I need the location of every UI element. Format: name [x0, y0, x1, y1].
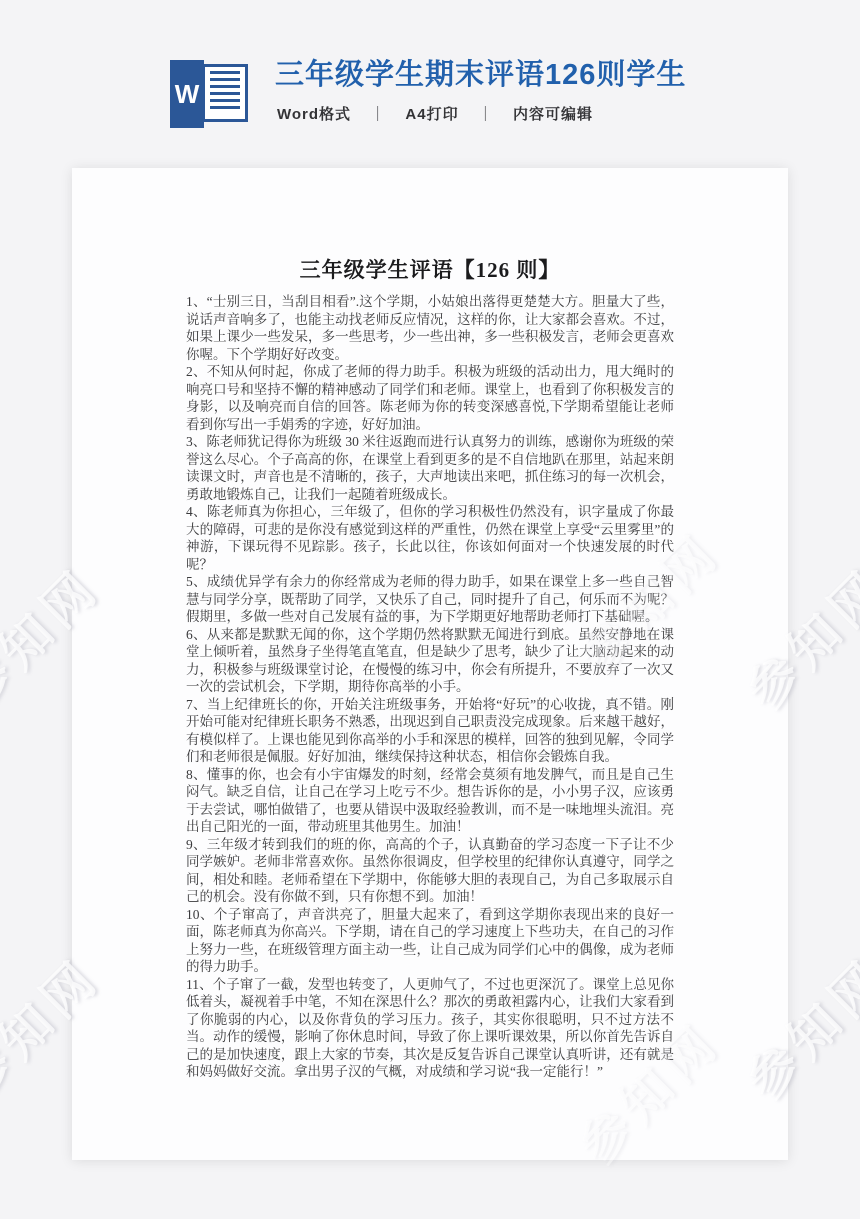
paragraph: 3、陈老师犹记得你为班级 30 米往返跑而进行认真努力的训练，感谢你为班级的荣誉…: [186, 433, 674, 503]
paragraph: 4、陈老师真为你担心，三年级了，但你的学习积极性仍然没有，识字量成了你最大的障碍…: [186, 503, 674, 573]
document-title-heading: 三年级学生期末评语126则学生: [275, 52, 686, 93]
edit-label: 内容可编辑: [513, 106, 593, 123]
word-icon-line: [210, 78, 240, 81]
preview-header: W 三年级学生期末评语126则学生 Word格式 ｜ A4打印 ｜ 内容可编辑: [0, 0, 860, 150]
document-meta: Word格式 ｜ A4打印 ｜ 内容可编辑: [277, 103, 593, 124]
meta-separator: ｜: [370, 106, 386, 123]
paragraph: 7、当上纪律班长的你，开始关注班级事务，开始将“好玩”的心收拢，真不错。刚开始可…: [186, 696, 674, 766]
paragraph: 8、懂事的你，也会有小宇宙爆发的时刻，经常会莫须有地发脾气，而且是自己生闷气。缺…: [186, 766, 674, 836]
paragraph: 5、成绩优异学有余力的你经常成为老师的得力助手，如果在课堂上多一些自己智慧与同学…: [186, 573, 674, 626]
format-label: Word格式: [277, 106, 351, 123]
paragraph: 9、三年级才转到我们的班的你，高高的个子，认真勤奋的学习态度一下子让不少同学嫉妒…: [186, 836, 674, 906]
word-icon-letter: W: [170, 60, 204, 128]
paragraph: 10、个子窜高了，声音洪亮了，胆量大起来了，看到这学期你表现出来的良好一面，陈老…: [186, 906, 674, 976]
print-label: A4打印: [405, 106, 458, 123]
word-icon-line: [210, 99, 240, 102]
document-page: 三年级学生评语【126 则】 1、“士别三日，当刮目相看”.这个学期，小姑娘出落…: [72, 168, 788, 1160]
word-icon-line: [210, 85, 240, 88]
paragraph: 2、不知从何时起，你成了老师的得力助手。积极为班级的活动出力，甩大绳时的响亮口号…: [186, 363, 674, 433]
paragraph: 11、个子窜了一截，发型也转变了，人更帅气了，不过也更深沉了。课堂上总见你低着头…: [186, 976, 674, 1081]
paragraph: 1、“士别三日，当刮目相看”.这个学期，小姑娘出落得更楚楚大方。胆量大了些，说话…: [186, 293, 674, 363]
word-icon-line: [210, 71, 240, 74]
word-icon-line: [210, 92, 240, 95]
paragraph: 6、从来都是默默无闻的你，这个学期仍然将默默无闻进行到底。虽然安静地在课堂上倾听…: [186, 626, 674, 696]
page-title: 三年级学生评语【126 则】: [72, 254, 788, 284]
word-icon-page: [202, 64, 248, 122]
meta-separator: ｜: [478, 106, 494, 123]
document-body: 1、“士别三日，当刮目相看”.这个学期，小姑娘出落得更楚楚大方。胆量大了些，说话…: [186, 293, 674, 1081]
word-icon: W: [170, 60, 250, 128]
word-icon-line: [210, 106, 240, 109]
